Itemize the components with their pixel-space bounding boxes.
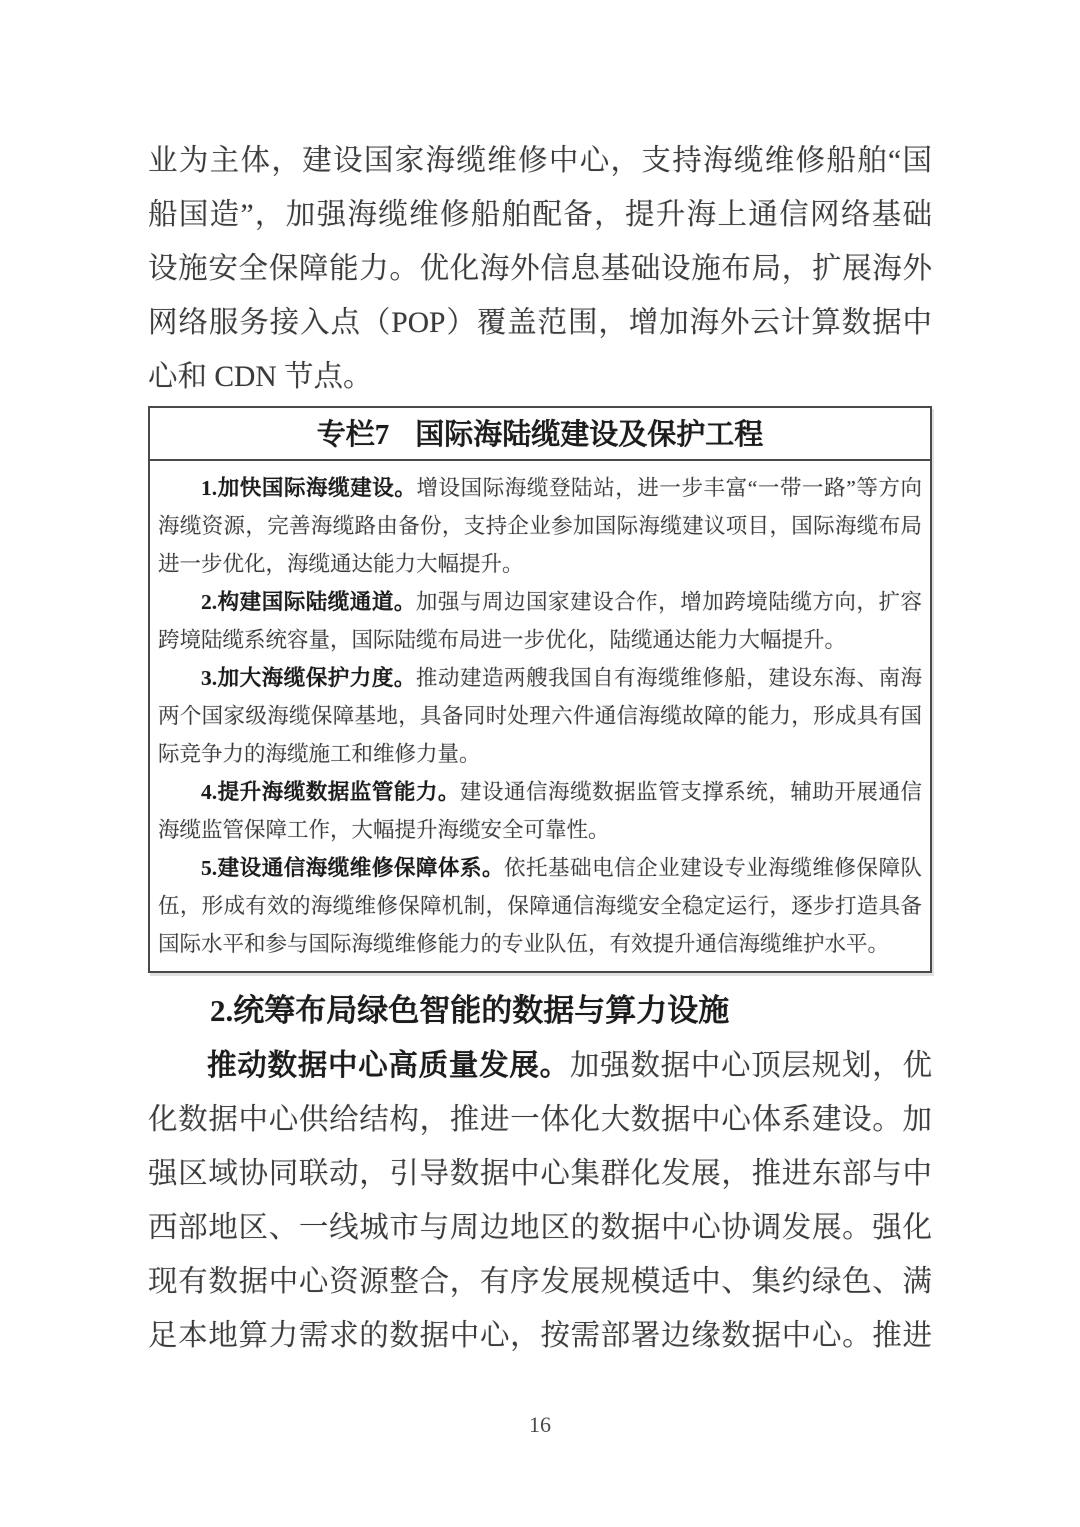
text-line: 现有数据中心资源整合，有序发展规模适中、集约绿色、满 bbox=[148, 1255, 932, 1309]
text-line: 伍，形成有效的海缆维修保障机制，保障通信海缆安全稳定运行，逐步打造具备 bbox=[158, 887, 922, 925]
panel-item-1: 1.加快国际海缆建设。增设国际海缆登陆站，进一步丰富“一带一路”等方向海缆资源，… bbox=[158, 469, 922, 583]
text-line: 国际水平和参与国际海缆维修能力的专业队伍，有效提升通信海缆维护水平。 bbox=[158, 925, 922, 963]
text-line: 推动数据中心高质量发展。加强数据中心顶层规划，优 bbox=[148, 1039, 932, 1093]
text-line: 业为主体，建设国家海缆维修中心，支持海缆维修船舶“国 bbox=[148, 134, 932, 188]
text-line: 网络服务接入点（POP）覆盖范围，增加海外云计算数据中 bbox=[148, 296, 932, 350]
text-line: 4.提升海缆数据监管能力。建设通信海缆数据监管支撑系统，辅助开展通信 bbox=[158, 773, 922, 811]
text-line: 设施安全保障能力。优化海外信息基础设施布局，扩展海外 bbox=[148, 242, 932, 296]
text-line: 5.建设通信海缆维修保障体系。依托基础电信企业建设专业海缆维修保障队 bbox=[158, 849, 922, 887]
page-number: 16 bbox=[0, 1412, 1080, 1438]
text-line: 际竞争力的海缆施工和维修力量。 bbox=[158, 735, 922, 773]
text-line: 两个国家级海缆保障基地，具备同时处理六件通信海缆故障的能力，形成具有国 bbox=[158, 697, 922, 735]
text-line: 2.构建国际陆缆通道。加强与周边国家建设合作，增加跨境陆缆方向，扩容 bbox=[158, 583, 922, 621]
page-content: 业为主体，建设国家海缆维修中心，支持海缆维修船舶“国船国造”，加强海缆维修船舶配… bbox=[148, 0, 932, 1363]
text-line: 进一步优化，海缆通达能力大幅提升。 bbox=[158, 545, 922, 583]
column-7-panel: 专栏7国际海陆缆建设及保护工程 1.加快国际海缆建设。增设国际海缆登陆站，进一步… bbox=[148, 406, 932, 973]
panel-title: 专栏7国际海陆缆建设及保护工程 bbox=[150, 408, 930, 461]
panel-title-prefix: 专栏7 bbox=[317, 419, 390, 451]
text-line: 强区域协同联动，引导数据中心集群化发展，推进东部与中 bbox=[148, 1147, 932, 1201]
text-line: 船国造”，加强海缆维修船舶配备，提升海上通信网络基础 bbox=[148, 188, 932, 242]
section-heading: 2.统筹布局绿色智能的数据与算力设施 bbox=[148, 989, 932, 1033]
panel-item-4: 4.提升海缆数据监管能力。建设通信海缆数据监管支撑系统，辅助开展通信海缆监管保障… bbox=[158, 773, 922, 849]
text-line: 足本地算力需求的数据中心，按需部署边缘数据中心。推进 bbox=[148, 1309, 932, 1363]
text-line: 3.加大海缆保护力度。推动建造两艘我国自有海缆维修船，建设东海、南海 bbox=[158, 659, 922, 697]
text-line: 跨境陆缆系统容量，国际陆缆布局进一步优化，陆缆通达能力大幅提升。 bbox=[158, 621, 922, 659]
text-line: 西部地区、一线城市与周边地区的数据中心协调发展。强化 bbox=[148, 1201, 932, 1255]
text-line: 心和 CDN 节点。 bbox=[148, 350, 932, 404]
text-line: 化数据中心供给结构，推进一体化大数据中心体系建设。加 bbox=[148, 1093, 932, 1147]
text-line: 1.加快国际海缆建设。增设国际海缆登陆站，进一步丰富“一带一路”等方向 bbox=[158, 469, 922, 507]
document-page: 业为主体，建设国家海缆维修中心，支持海缆维修船舶“国船国造”，加强海缆维修船舶配… bbox=[0, 0, 1080, 1527]
panel-item-5: 5.建设通信海缆维修保障体系。依托基础电信企业建设专业海缆维修保障队伍，形成有效… bbox=[158, 849, 922, 963]
panel-item-2: 2.构建国际陆缆通道。加强与周边国家建设合作，增加跨境陆缆方向，扩容跨境陆缆系统… bbox=[158, 583, 922, 659]
panel-title-main: 国际海陆缆建设及保护工程 bbox=[415, 419, 763, 451]
panel-item-3: 3.加大海缆保护力度。推动建造两艘我国自有海缆维修船，建设东海、南海两个国家级海… bbox=[158, 659, 922, 773]
body-paragraph-top: 业为主体，建设国家海缆维修中心，支持海缆维修船舶“国船国造”，加强海缆维修船舶配… bbox=[148, 134, 932, 404]
section-paragraph: 推动数据中心高质量发展。加强数据中心顶层规划，优化数据中心供给结构，推进一体化大… bbox=[148, 1039, 932, 1363]
text-line: 海缆监管保障工作，大幅提升海缆安全可靠性。 bbox=[158, 811, 922, 849]
text-line: 海缆资源，完善海缆路由备份，支持企业参加国际海缆建议项目，国际海缆布局 bbox=[158, 507, 922, 545]
panel-body: 1.加快国际海缆建设。增设国际海缆登陆站，进一步丰富“一带一路”等方向海缆资源，… bbox=[150, 461, 930, 971]
